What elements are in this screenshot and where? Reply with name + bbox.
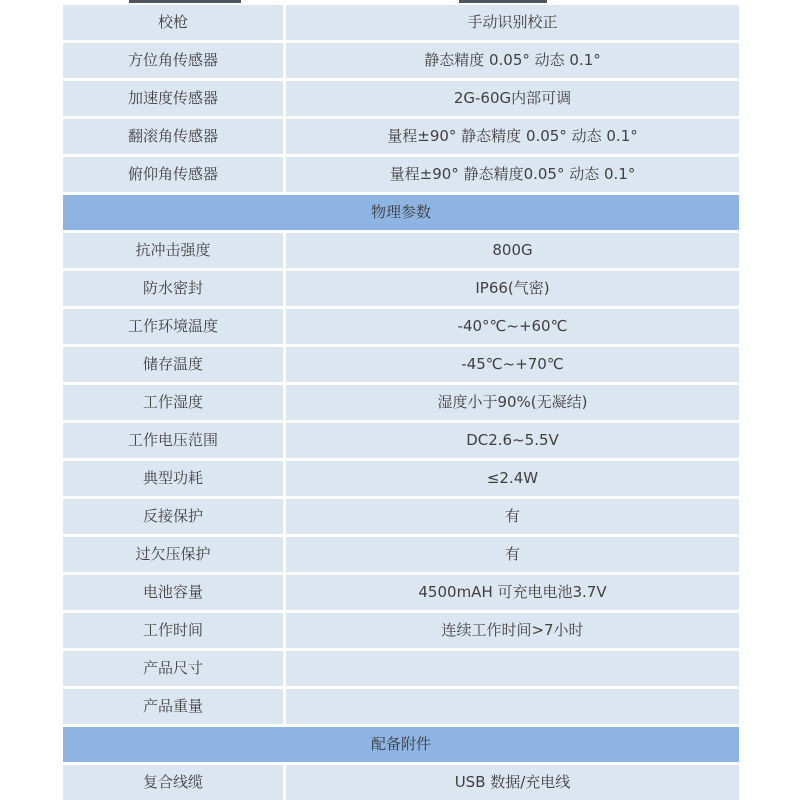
spec-label-cell: 产品重量 bbox=[63, 689, 283, 724]
spec-label-cell: 防水密封 bbox=[63, 271, 283, 306]
spec-label-cell: 典型功耗 bbox=[63, 461, 283, 496]
table-row: 过欠压保护有 bbox=[63, 537, 739, 572]
table-row: 俯仰角传感器量程±90° 静态精度0.05° 动态 0.1° bbox=[63, 157, 739, 192]
spec-label-cell: 工作时间 bbox=[63, 613, 283, 648]
spec-value-cell: 量程±90° 静态精度 0.05° 动态 0.1° bbox=[286, 119, 739, 154]
spec-label-cell: 复合线缆 bbox=[63, 765, 283, 800]
spec-value-cell: 4500mAH 可充电电池3.7V bbox=[286, 575, 739, 610]
table-row: 产品尺寸 bbox=[63, 651, 739, 686]
table-body: 校枪手动识别校正方位角传感器静态精度 0.05° 动态 0.1°加速度传感器2G… bbox=[63, 5, 739, 800]
spec-label-cell: 工作环境温度 bbox=[63, 309, 283, 344]
table-row: 翻滚角传感器量程±90° 静态精度 0.05° 动态 0.1° bbox=[63, 119, 739, 154]
spec-value-cell: 2G-60G内部可调 bbox=[286, 81, 739, 116]
spec-value-cell: 量程±90° 静态精度0.05° 动态 0.1° bbox=[286, 157, 739, 192]
table-row: 抗冲击强度800G bbox=[63, 233, 739, 268]
section-header-row: 配备附件 bbox=[63, 727, 739, 762]
spec-value-cell: ≤2.4W bbox=[286, 461, 739, 496]
spec-value-cell: -45℃~+70℃ bbox=[286, 347, 739, 382]
spec-value-cell: 有 bbox=[286, 537, 739, 572]
table-row: 储存温度-45℃~+70℃ bbox=[63, 347, 739, 382]
spec-label-cell: 俯仰角传感器 bbox=[63, 157, 283, 192]
spec-value-cell: 800G bbox=[286, 233, 739, 268]
table-row: 方位角传感器静态精度 0.05° 动态 0.1° bbox=[63, 43, 739, 78]
section-header-label: 配备附件 bbox=[371, 737, 431, 752]
spec-label-cell: 工作电压范围 bbox=[63, 423, 283, 458]
table-row: 电池容量4500mAH 可充电电池3.7V bbox=[63, 575, 739, 610]
spec-value-cell bbox=[286, 651, 739, 686]
spec-label-cell: 校枪 bbox=[63, 5, 283, 40]
cropped-text-fragment bbox=[459, 0, 547, 3]
spec-label-cell: 方位角传感器 bbox=[63, 43, 283, 78]
table-row: 典型功耗≤2.4W bbox=[63, 461, 739, 496]
spec-label-cell: 工作湿度 bbox=[63, 385, 283, 420]
spec-value-cell: -40°℃~+60℃ bbox=[286, 309, 739, 344]
section-header-row: 物理参数 bbox=[63, 195, 739, 230]
spec-value-cell: USB 数据/充电线 bbox=[286, 765, 739, 800]
cropped-row-remnant bbox=[63, 0, 739, 5]
spec-label-cell: 抗冲击强度 bbox=[63, 233, 283, 268]
table-row: 防水密封IP66(气密) bbox=[63, 271, 739, 306]
spec-table: 校枪手动识别校正方位角传感器静态精度 0.05° 动态 0.1°加速度传感器2G… bbox=[63, 0, 739, 800]
cropped-text-fragment bbox=[129, 0, 241, 3]
table-row: 加速度传感器2G-60G内部可调 bbox=[63, 81, 739, 116]
section-header-label: 物理参数 bbox=[371, 205, 431, 220]
spec-sheet-page: 校枪手动识别校正方位角传感器静态精度 0.05° 动态 0.1°加速度传感器2G… bbox=[0, 0, 800, 800]
spec-value-cell: 有 bbox=[286, 499, 739, 534]
table-row: 工作环境温度-40°℃~+60℃ bbox=[63, 309, 739, 344]
spec-value-cell: 连续工作时间>7小时 bbox=[286, 613, 739, 648]
spec-value-cell: DC2.6~5.5V bbox=[286, 423, 739, 458]
spec-value-cell: 静态精度 0.05° 动态 0.1° bbox=[286, 43, 739, 78]
spec-value-cell: 手动识别校正 bbox=[286, 5, 739, 40]
spec-label-cell: 翻滚角传感器 bbox=[63, 119, 283, 154]
table-row: 复合线缆USB 数据/充电线 bbox=[63, 765, 739, 800]
spec-label-cell: 储存温度 bbox=[63, 347, 283, 382]
table-row: 产品重量 bbox=[63, 689, 739, 724]
spec-value-cell bbox=[286, 689, 739, 724]
spec-value-cell: 湿度小于90%(无凝结) bbox=[286, 385, 739, 420]
table-row: 工作电压范围DC2.6~5.5V bbox=[63, 423, 739, 458]
table-row: 校枪手动识别校正 bbox=[63, 5, 739, 40]
spec-label-cell: 产品尺寸 bbox=[63, 651, 283, 686]
spec-label-cell: 加速度传感器 bbox=[63, 81, 283, 116]
table-row: 反接保护有 bbox=[63, 499, 739, 534]
table-row: 工作湿度湿度小于90%(无凝结) bbox=[63, 385, 739, 420]
spec-label-cell: 电池容量 bbox=[63, 575, 283, 610]
spec-label-cell: 过欠压保护 bbox=[63, 537, 283, 572]
spec-label-cell: 反接保护 bbox=[63, 499, 283, 534]
spec-value-cell: IP66(气密) bbox=[286, 271, 739, 306]
table-row: 工作时间连续工作时间>7小时 bbox=[63, 613, 739, 648]
